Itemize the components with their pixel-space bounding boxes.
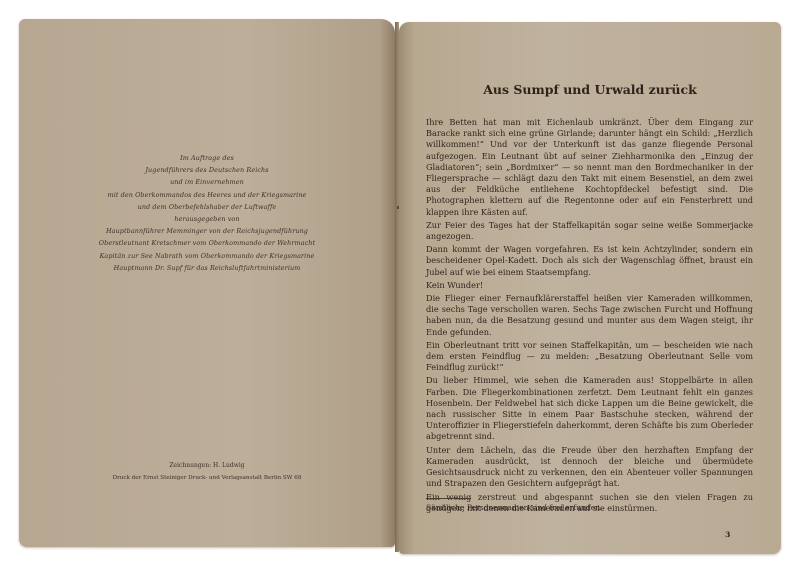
imprint-line: und dem Oberbefehlshaber der Luftwaffe <box>19 201 395 213</box>
paragraph: Dann kommt der Wagen vorgefahren. Es ist… <box>426 244 753 278</box>
imprint-line: herausgegeben von <box>19 213 395 225</box>
chapter-title: Aus Sumpf und Urwald zurück <box>399 82 781 97</box>
publisher-imprint: Im Auftrage des Jugendführers des Deutsc… <box>19 152 395 274</box>
footnote-rule <box>426 498 471 499</box>
paragraph: Kein Wunder! <box>426 280 753 291</box>
paragraph: Ein Oberleutnant tritt vor seinen Staffe… <box>426 340 753 374</box>
drawings-credit: Zeichnungen: H. Ludwig <box>19 460 395 472</box>
paragraph: Ihre Betten hat man mit Eichenlaub umkrä… <box>426 117 753 218</box>
page-number: 3 <box>725 530 730 539</box>
paragraph: Unter dem Lächeln, das die Freude über d… <box>426 445 753 490</box>
left-page: Im Auftrage des Jugendführers des Deutsc… <box>19 19 395 547</box>
chapter-body: Ihre Betten hat man mit Eichenlaub umkrä… <box>426 117 753 516</box>
print-credits: Zeichnungen: H. Ludwig Druck der Ernst S… <box>19 460 395 484</box>
printer-credit: Druck der Ernst Steiniger Druck- und Ver… <box>19 472 395 484</box>
paragraph: Die Flieger einer Fernaufklärerstaffel h… <box>426 293 753 338</box>
imprint-line: mit den Oberkommandos des Heeres und der… <box>19 189 395 201</box>
paragraph: Zur Feier des Tages hat der Staffelkapit… <box>426 220 753 242</box>
footnote: Sämtliche Personennamen sind frei erfund… <box>426 503 603 512</box>
imprint-line: Hauptbannführer Memminger von der Reichs… <box>19 225 395 237</box>
imprint-line: Hauptmann Dr. Supf für das Reichsluftfah… <box>19 262 395 274</box>
imprint-line: Oberstleutnant Kretschmer vom Oberkomman… <box>19 237 395 249</box>
imprint-line: Im Auftrage des <box>19 152 395 164</box>
imprint-line: Kapitän zur See Nabrath vom Oberkommando… <box>19 250 395 262</box>
right-page: Aus Sumpf und Urwald zurück Ihre Betten … <box>399 22 781 554</box>
imprint-line: und im Einvernehmen <box>19 176 395 188</box>
paragraph: Du lieber Himmel, wie sehen die Kamerade… <box>426 375 753 442</box>
imprint-line: Jugendführers des Deutschen Reichs <box>19 164 395 176</box>
